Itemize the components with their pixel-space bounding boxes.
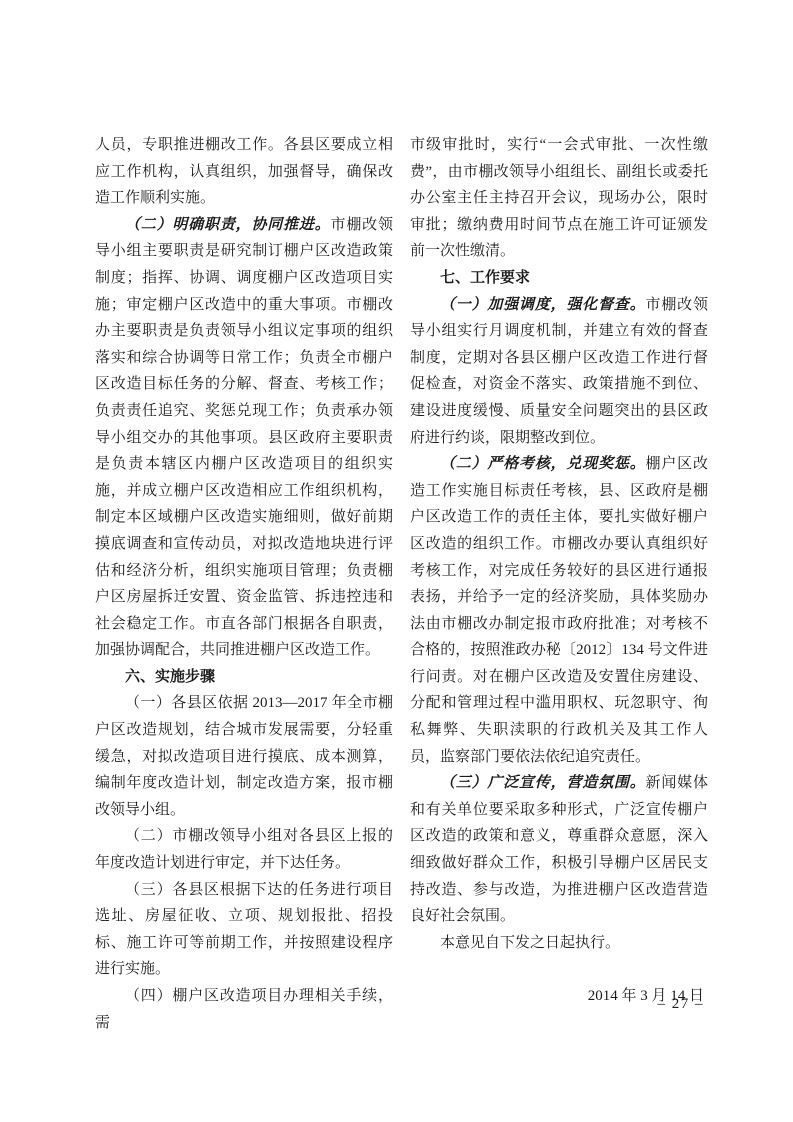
right-column: 市级审批时，实行“一会式审批、一次性缴费”，由市棚改领导小组组长、副组长或委托办… bbox=[410, 132, 708, 1010]
paragraph-lead: （一）加强调度，强化督查。 bbox=[440, 297, 646, 313]
paragraph: （四）棚户区改造项目办理相关手续，需 bbox=[95, 983, 393, 1036]
paragraph: （一）各县区依据 2013—2017 年全市棚户区改造规划，结合城市发展需要，分… bbox=[95, 690, 393, 823]
left-column: 人员，专职推进棚改工作。各县区要成立相应工作机构，认真组织，加强督导，确保改造工… bbox=[95, 132, 393, 1036]
paragraph: （一）加强调度，强化督查。市棚改领导小组实行月调度机制，并建立有效的督查制度，定… bbox=[410, 292, 708, 452]
paragraph: 人员，专职推进棚改工作。各县区要成立相应工作机构，认真组织，加强督导，确保改造工… bbox=[95, 132, 393, 212]
paragraph: （二）市棚改领导小组对各县区上报的年度改造计划进行审定，并下达任务。 bbox=[95, 823, 393, 876]
section-heading: 七、工作要求 bbox=[410, 265, 708, 292]
paragraph: （三）广泛宣传，营造氛围。新闻媒体和有关单位要采取多种形式，广泛宣传棚户区改造的… bbox=[410, 770, 708, 930]
paragraph: 市级审批时，实行“一会式审批、一次性缴费”，由市棚改领导小组组长、副组长或委托办… bbox=[410, 132, 708, 265]
paragraph: 本意见自下发之日起执行。 bbox=[410, 930, 708, 957]
page-number: – 27 – bbox=[600, 991, 704, 1017]
paragraph-lead: （三）广泛宣传，营造氛围。 bbox=[440, 775, 646, 791]
paragraph-lead: （二）严格考核，兑现奖惩。 bbox=[440, 456, 646, 472]
paragraph: （二）明确职责，协同推进。市棚改领导小组主要职责是研究制订棚户区改造政策制度；指… bbox=[95, 212, 393, 664]
section-heading: 六、实施步骤 bbox=[95, 664, 393, 691]
paragraph-lead: （二）明确职责，协同推进。 bbox=[125, 217, 331, 233]
document-page: 人员，专职推进棚改工作。各县区要成立相应工作机构，认真组织，加强督导，确保改造工… bbox=[0, 0, 793, 1122]
paragraph: （二）严格考核，兑现奖惩。棚户区改造工作实施目标责任考核，县、区政府是棚户区改造… bbox=[410, 451, 708, 770]
paragraph: （三）各县区根据下达的任务进行项目选址、房屋征收、立项、规划报批、招投标、施工许… bbox=[95, 877, 393, 983]
